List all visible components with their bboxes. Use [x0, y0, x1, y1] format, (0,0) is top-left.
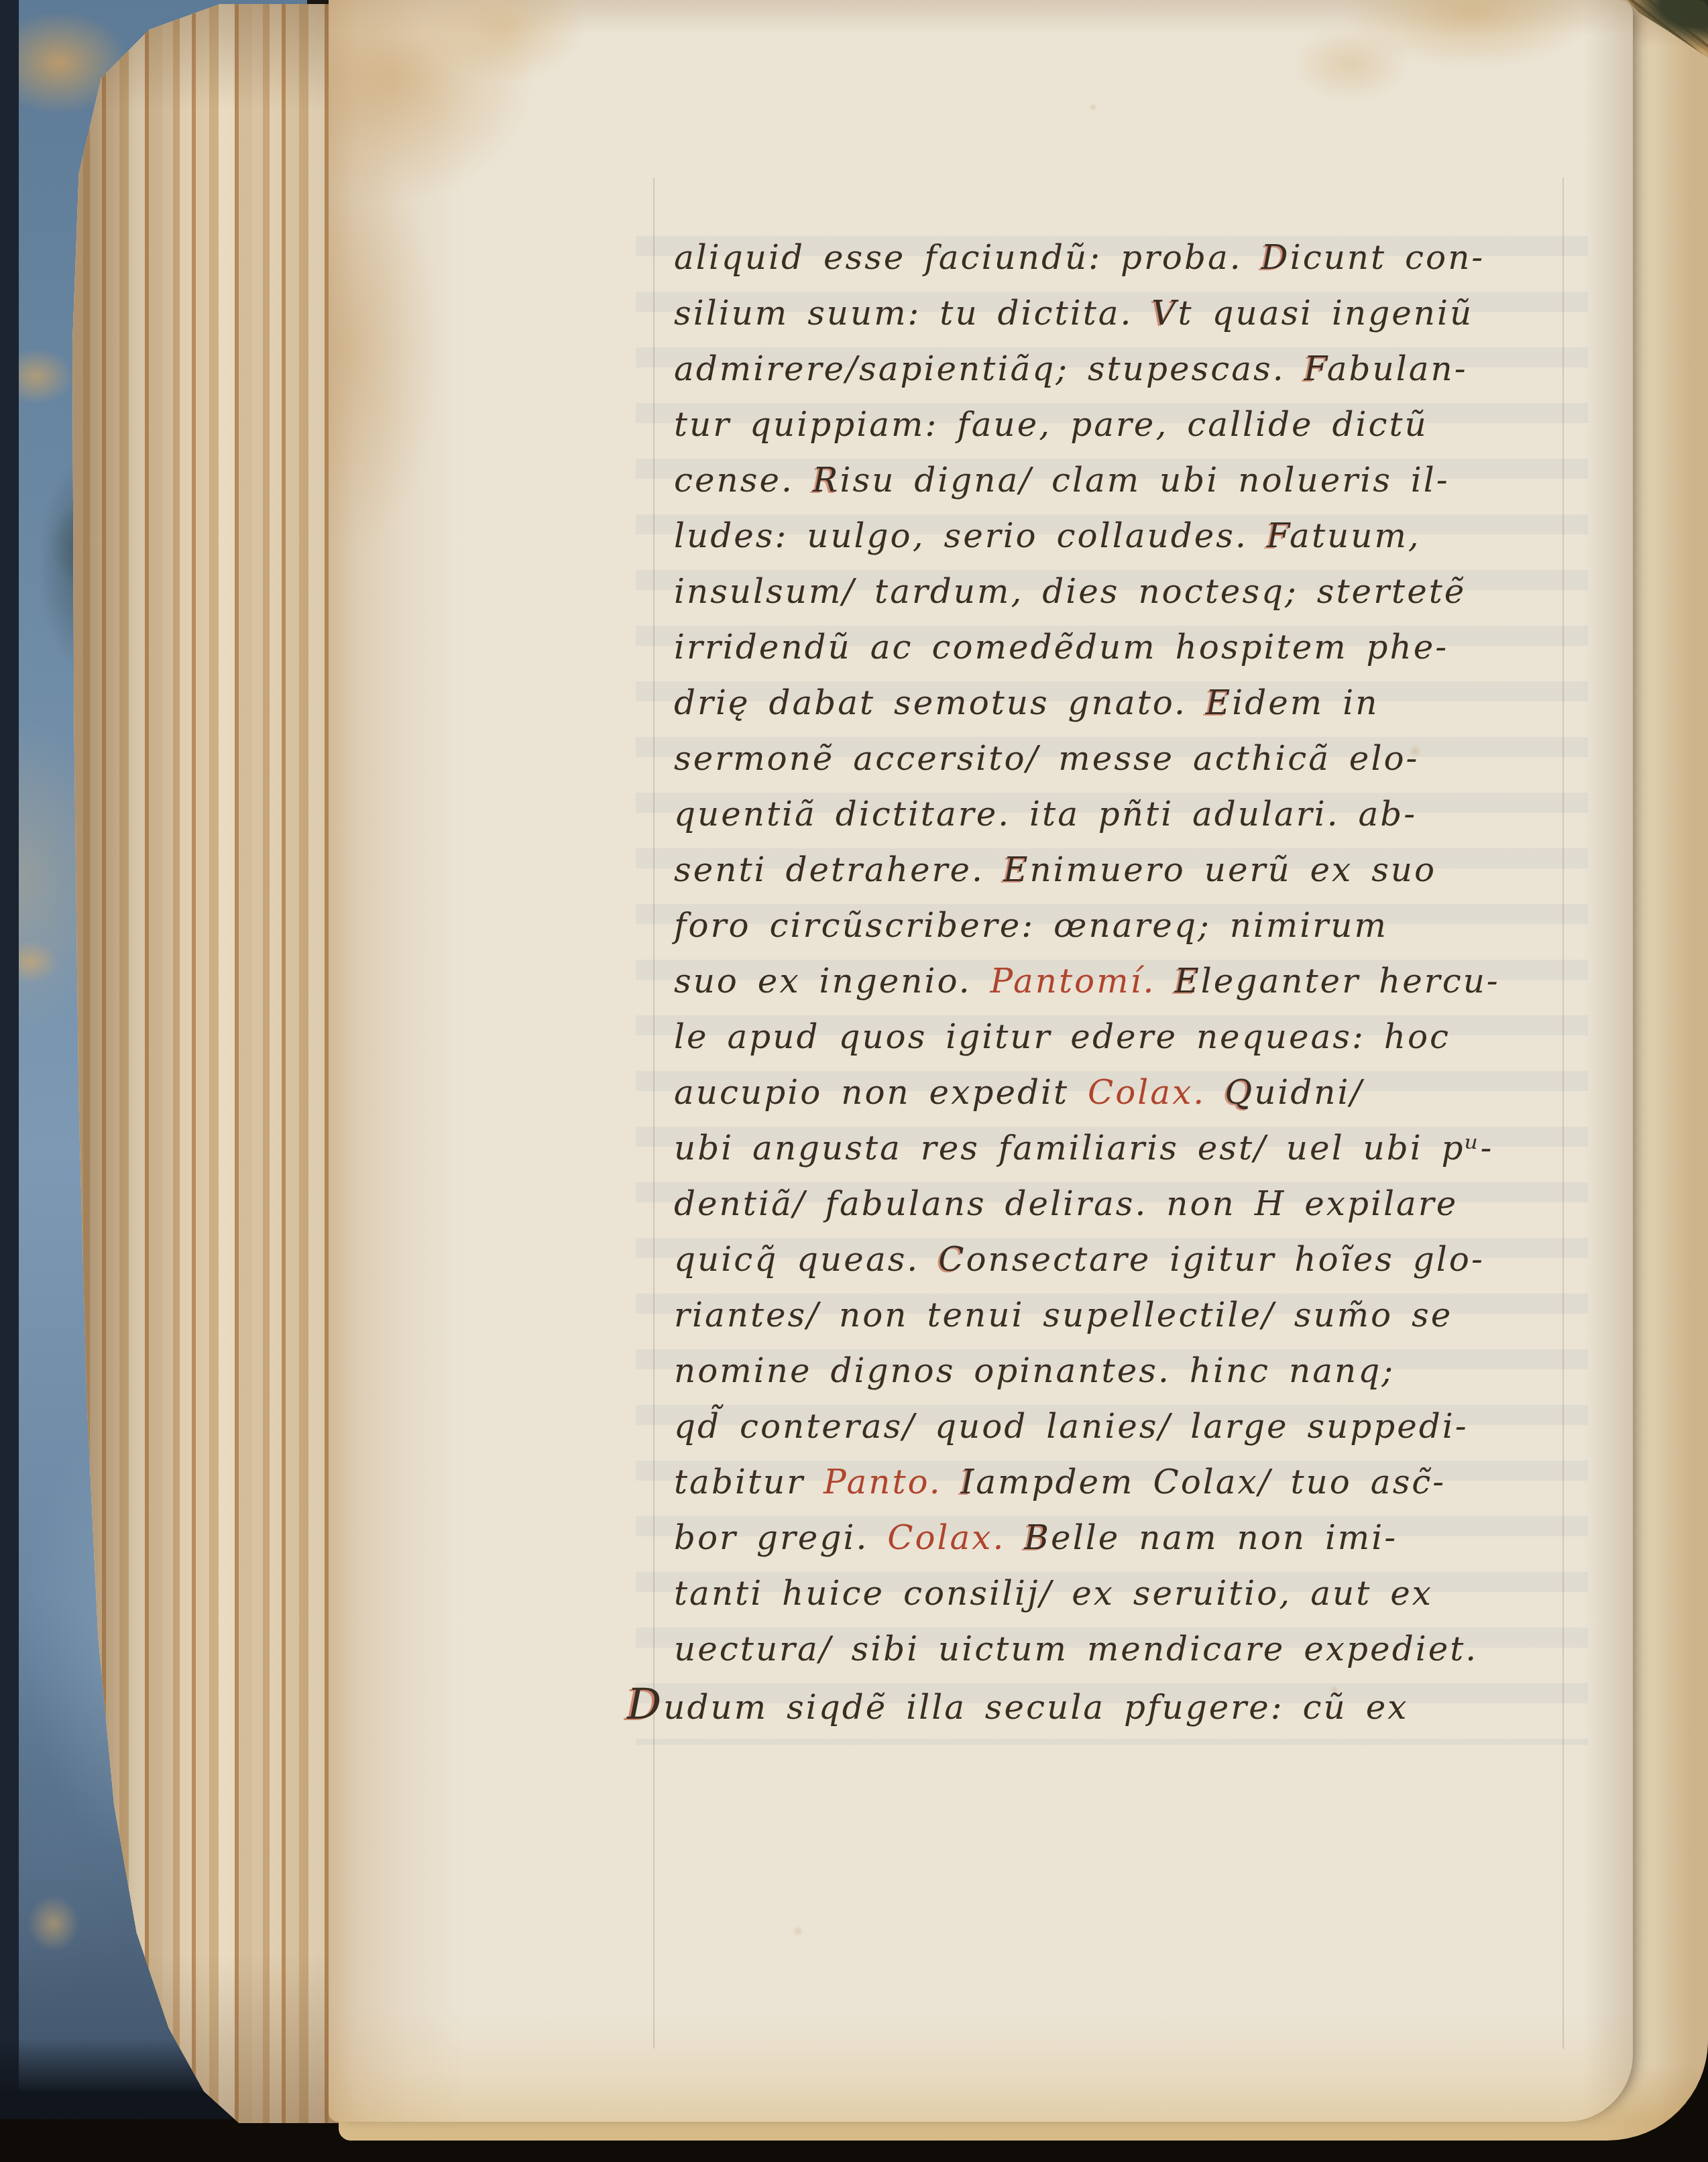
text-lines: aliquid esse faciundũ: proba. Dicunt con…: [674, 230, 1586, 1733]
text-run: Q: [1225, 1073, 1254, 1112]
manuscript-text-line: insulsum/ tardum, dies noctesq; stertetẽ: [674, 564, 1586, 620]
text-run: insulsum/ tardum, dies noctesq; stertetẽ: [674, 572, 1466, 611]
manuscript-text-line: dentiã/ fabulans deliras. non H expilare: [674, 1176, 1586, 1232]
rubric-word: Colax.: [1088, 1073, 1206, 1112]
text-run: [1155, 962, 1174, 1001]
manuscript-text-line: uectura/ sibi uictum mendicare expediet.: [674, 1621, 1586, 1677]
text-run: onsectare igitur hoĩes glo-: [966, 1240, 1484, 1279]
manuscript-text-line: Dudum siqdẽ illa secula pfugere: cũ ex: [627, 1677, 1586, 1733]
text-run: aliquid esse faciundũ: proba.: [674, 238, 1261, 277]
text-run: senti detrahere.: [674, 850, 1003, 889]
text-run: [1005, 1518, 1024, 1557]
text-run: qd̃ conteras/ quod lanies/ large suppedi…: [674, 1407, 1469, 1446]
text-run: t quasi ingeniũ: [1178, 294, 1473, 333]
text-run: suo ex ingenio.: [674, 962, 990, 1001]
text-run: [942, 1463, 961, 1501]
text-run: atuum,: [1290, 516, 1421, 555]
text-run: uectura/ sibi uictum mendicare expediet.: [674, 1630, 1478, 1668]
text-run: R: [813, 461, 840, 500]
manuscript-text-line: foro circũscribere: œnareq; nimirum: [674, 898, 1586, 954]
text-run: ludes: uulgo, serio collaudes.: [674, 516, 1267, 555]
manuscript-text-line: ubi angusta res familiaris est/ uel ubi …: [674, 1121, 1586, 1176]
text-run: D: [1261, 238, 1290, 277]
manuscript-text-line: quentiã dictitare. ita pñti adulari. ab-: [674, 787, 1586, 842]
text-run: abulan-: [1327, 349, 1468, 388]
text-run: tabitur: [674, 1463, 823, 1501]
rubric-word: Panto.: [823, 1463, 942, 1501]
ruling-line-left: [653, 178, 654, 2049]
manuscript-text-line: aucupio non expedit Colax. Quidni/: [674, 1065, 1586, 1121]
text-run: bor gregi.: [674, 1518, 887, 1557]
manuscript-text-line: qd̃ conteras/ quod lanies/ large suppedi…: [674, 1399, 1586, 1455]
text-run: E: [1174, 962, 1201, 1001]
text-run: ubi angusta res familiaris est/ uel ubi …: [674, 1129, 1493, 1168]
text-run: F: [1304, 349, 1326, 388]
manuscript-text-line: riantes/ non tenui supellectile/ sum̃o s…: [674, 1288, 1586, 1343]
text-run: icunt con-: [1290, 238, 1485, 277]
manuscript-text-line: sermonẽ accersito/ messe acthicã elo-: [674, 731, 1586, 787]
text-run: riantes/ non tenui supellectile/ sum̃o s…: [674, 1296, 1453, 1334]
manuscript-text-line: ludes: uulgo, serio collaudes. Fatuum,: [674, 508, 1586, 564]
text-run: drię dabat semotus gnato.: [674, 683, 1206, 722]
manuscript-text-line: senti detrahere. Enimuero uerũ ex suo: [674, 842, 1586, 898]
text-run: nimuero uerũ ex suo: [1029, 850, 1436, 889]
text-run: quicq̃ queas.: [674, 1240, 938, 1279]
manuscript-text-line: nomine dignos opinantes. hinc nanq;: [674, 1343, 1586, 1399]
text-run: idem in: [1232, 683, 1379, 722]
text-run: dentiã/ fabulans deliras. non H expilare: [674, 1184, 1458, 1223]
manuscript-text-line: aliquid esse faciundũ: proba. Dicunt con…: [674, 230, 1586, 286]
text-run: E: [1003, 850, 1030, 889]
manuscript-text-line: tur quippiam: faue, pare, callide dictũ: [674, 397, 1586, 453]
text-run: udum siqdẽ illa secula pfugere: cũ ex: [663, 1688, 1408, 1727]
manuscript-text-line: irridendũ ac comedẽdum hospitem phe-: [674, 620, 1586, 675]
text-run: isu digna/ clam ubi nolueris il-: [840, 461, 1450, 500]
text-run: C: [938, 1240, 966, 1279]
text-run: D: [627, 1680, 663, 1729]
text-run: tur quippiam: faue, pare, callide dictũ: [674, 405, 1428, 444]
text-run: le apud quos igitur edere nequeas: hoc: [674, 1017, 1450, 1056]
text-run: nomine dignos opinantes. hinc nanq;: [674, 1351, 1395, 1390]
text-run: sermonẽ accersito/ messe acthicã elo-: [674, 739, 1419, 778]
text-run: aucupio non expedit: [674, 1073, 1088, 1112]
text-run: quentiã dictitare. ita pñti adulari. ab-: [674, 795, 1417, 834]
text-run: admirere/sapientiãq; stupescas.: [674, 349, 1304, 388]
text-run: B: [1024, 1518, 1051, 1557]
manuscript-text-line: suo ex ingenio. Pantomí. Eleganter hercu…: [674, 954, 1586, 1009]
manuscript-text-line: silium suum: tu dictita. Vt quasi ingeni…: [674, 286, 1586, 341]
text-run: irridendũ ac comedẽdum hospitem phe-: [674, 628, 1448, 667]
manuscript-text-line: quicq̃ queas. Consectare igitur hoĩes gl…: [674, 1232, 1586, 1288]
manuscript-text-line: tabitur Panto. Iampdem Colax/ tuo asc̃-: [674, 1455, 1586, 1510]
rubric-word: Pantomí.: [990, 962, 1156, 1001]
text-run: uidni/: [1254, 1073, 1363, 1112]
text-run: ampdem Colax/ tuo asc̃-: [976, 1463, 1446, 1501]
manuscript-text-line: cense. Risu digna/ clam ubi nolueris il-: [674, 453, 1586, 508]
text-run: V: [1151, 294, 1178, 333]
manuscript-text-line: drię dabat semotus gnato. Eidem in: [674, 675, 1586, 731]
manuscript-text-line: tanti huice consilij/ ex seruitio, aut e…: [674, 1566, 1586, 1621]
manuscript-photo-scene: aliquid esse faciundũ: proba. Dicunt con…: [0, 0, 1708, 2162]
text-run: silium suum: tu dictita.: [674, 294, 1151, 333]
manuscript-text-line: bor gregi. Colax. Belle nam non imi-: [674, 1510, 1586, 1566]
text-run: tanti huice consilij/ ex seruitio, aut e…: [674, 1574, 1433, 1613]
manuscript-text-line: admirere/sapientiãq; stupescas. Fabulan-: [674, 341, 1586, 397]
text-run: [1206, 1073, 1225, 1112]
text-run: I: [961, 1463, 976, 1501]
text-run: cense.: [674, 461, 813, 500]
manuscript-text-line: le apud quos igitur edere nequeas: hoc: [674, 1009, 1586, 1065]
rubric-word: Colax.: [887, 1518, 1005, 1557]
text-run: F: [1267, 516, 1290, 555]
text-run: leganter hercu-: [1201, 962, 1500, 1001]
text-run: foro circũscribere: œnareq; nimirum: [674, 906, 1388, 945]
text-run: E: [1206, 683, 1233, 722]
text-run: elle nam non imi-: [1051, 1518, 1398, 1557]
